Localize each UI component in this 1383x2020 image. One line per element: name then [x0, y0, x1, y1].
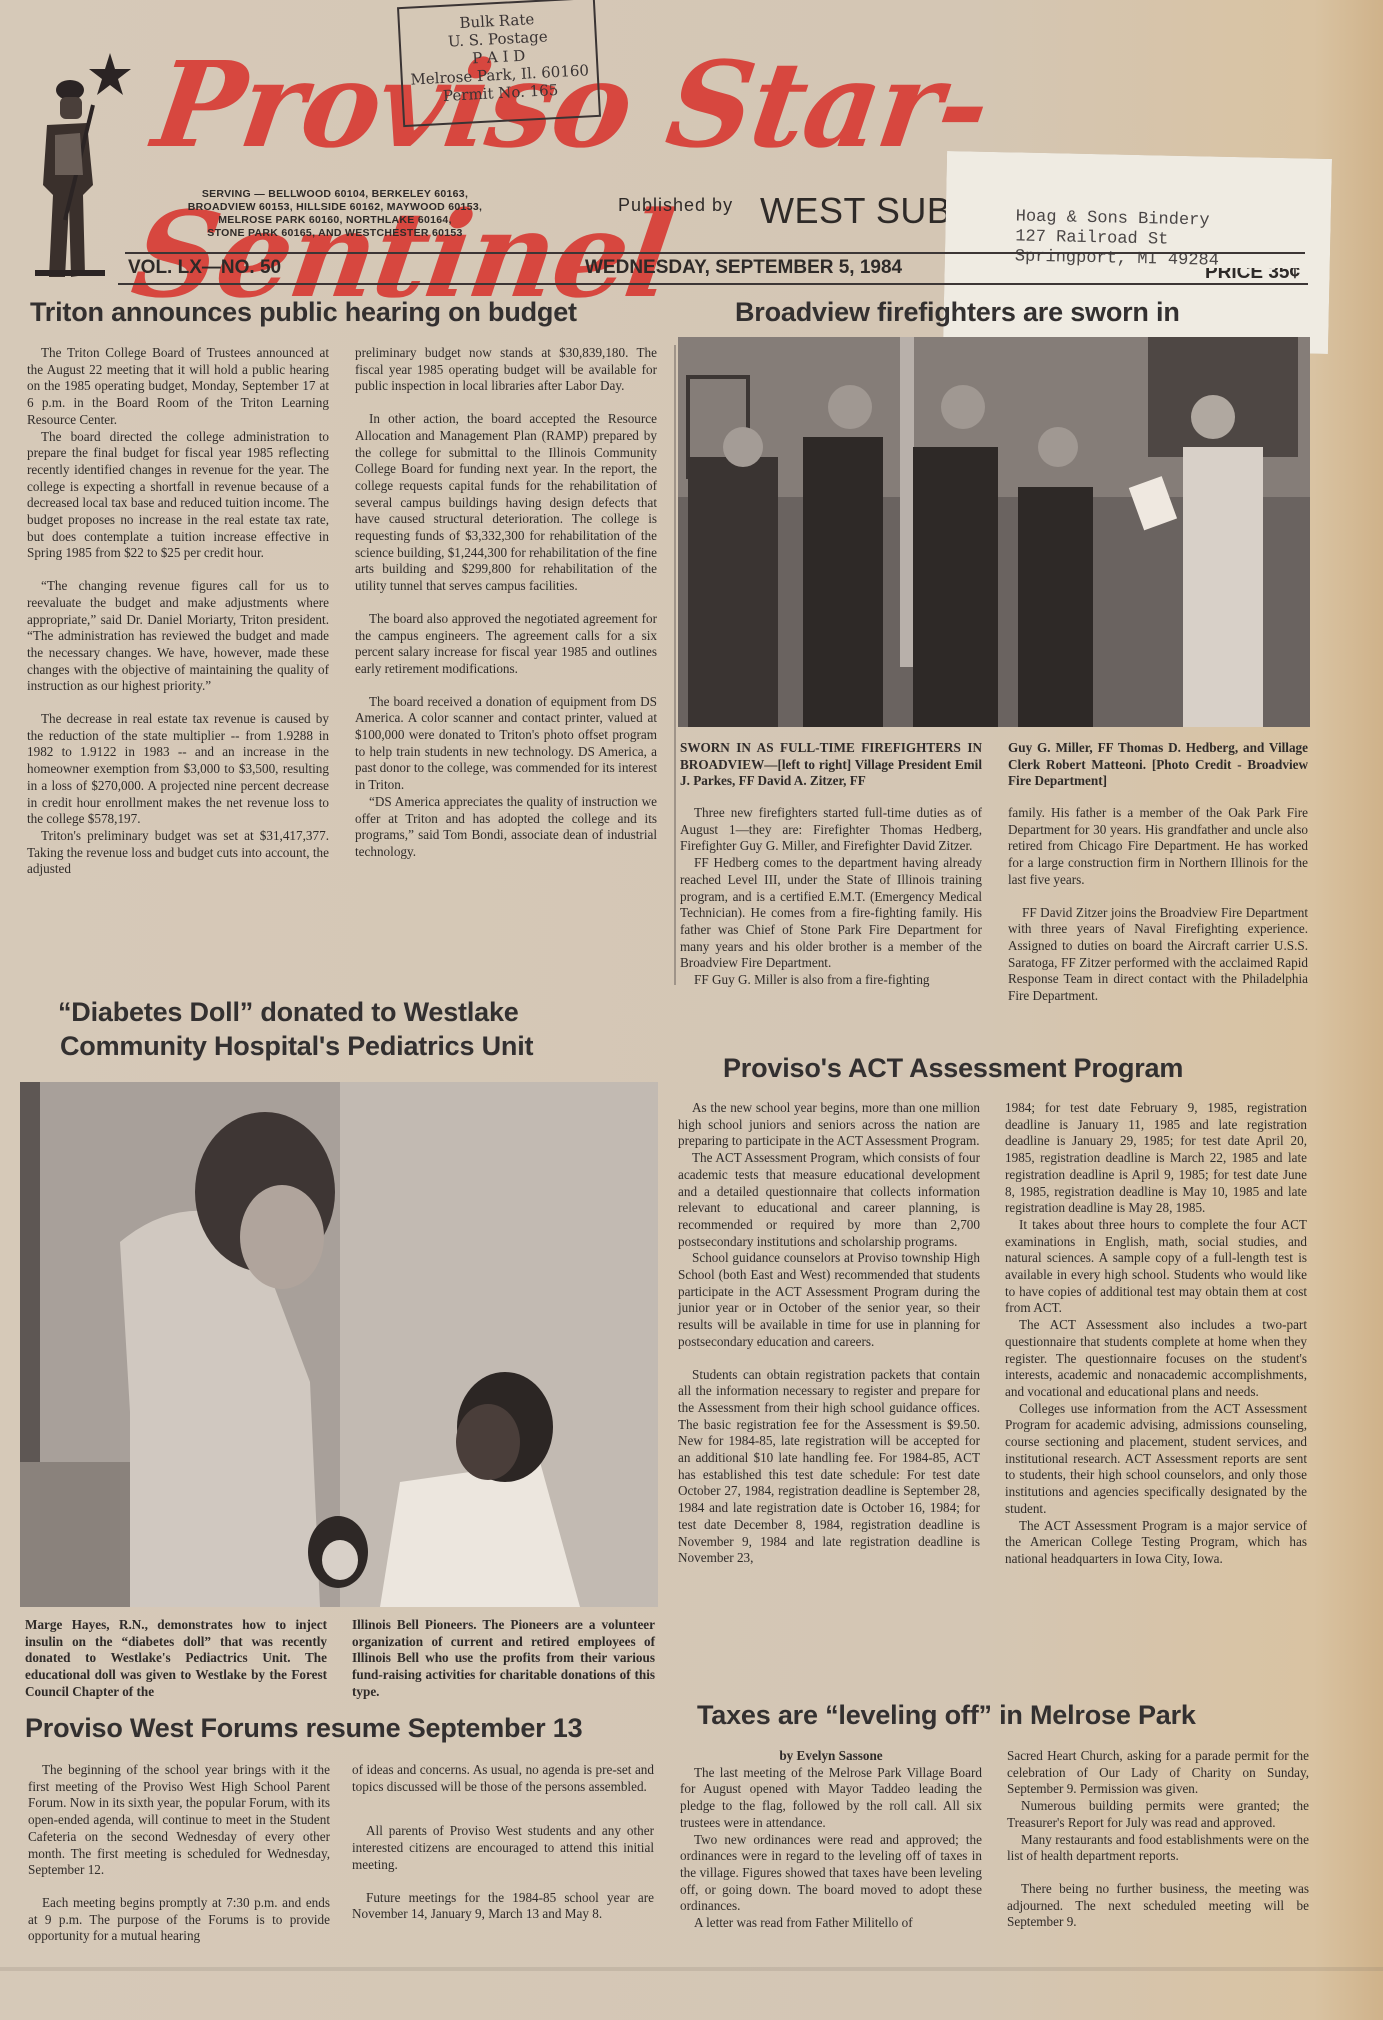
firefighters-caption-1: SWORN IN AS FULL-TIME FIREFIGHTERS IN BR…	[680, 740, 982, 790]
newspaper-page: Proviso Star-Sentinel Bulk Rate U. S. Po…	[0, 0, 1383, 2020]
taxes-column-2: Sacred Heart Church, asking for a parade…	[1007, 1748, 1309, 1931]
headline-act-assessment: Proviso's ACT Assessment Program	[723, 1053, 1183, 1084]
column-divider	[674, 345, 676, 985]
headline-firefighters: Broadview firefighters are sworn in	[735, 297, 1180, 328]
minuteman-star-logo-icon	[25, 45, 135, 285]
firefighters-column-1: Three new firefighters started full-time…	[680, 805, 982, 989]
act-column-2: 1984; for test date February 9, 1985, re…	[1005, 1100, 1307, 1568]
headline-diabetes-doll: “Diabetes Doll” donated to Westlake Comm…	[58, 995, 533, 1063]
serving-area-list: SERVING — BELLWOOD 60104, BERKELEY 60163…	[155, 188, 515, 240]
firefighters-column-2: family. His father is a member of the Oa…	[1008, 805, 1308, 1005]
nurse-photo-illustration-icon	[20, 1082, 658, 1607]
photo-nurse-and-child-with-doll	[20, 1082, 658, 1607]
issue-date: WEDNESDAY, SEPTEMBER 5, 1984	[585, 257, 902, 279]
publisher-name: WEST SUB	[760, 190, 951, 232]
photo-firefighters-swearing-in	[678, 337, 1310, 727]
volume-number: VOL. LX—NO. 50	[128, 257, 281, 279]
taxes-column-1: by Evelyn Sassone The last meeting of th…	[680, 1748, 982, 1932]
firefighters-caption-2: Guy G. Miller, FF Thomas D. Hedberg, and…	[1008, 740, 1308, 790]
masthead-rule-top	[125, 252, 1305, 254]
masthead-rule-bottom	[118, 283, 1308, 285]
forums-column-2: of ideas and concerns. As usual, no agen…	[352, 1762, 654, 1923]
published-by-label: Published by	[618, 195, 733, 216]
headline-taxes-melrose-park: Taxes are “leveling off” in Melrose Park	[697, 1700, 1196, 1731]
page-fold-line	[0, 1967, 1383, 1971]
triton-column-1: The Triton College Board of Trustees ann…	[27, 345, 329, 878]
postage-stamp: Bulk Rate U. S. Postage P A I D Melrose …	[397, 0, 601, 127]
triton-column-2: preliminary budget now stands at $30,839…	[355, 345, 657, 861]
headline-proviso-west-forums: Proviso West Forums resume September 13	[25, 1713, 582, 1744]
firefighters-photo-illustration-icon	[678, 337, 1310, 727]
byline: by Evelyn Sassone	[680, 1748, 982, 1765]
act-column-1: As the new school year begins, more than…	[678, 1100, 980, 1567]
diabetes-caption-1: Marge Hayes, R.N., demonstrates how to i…	[25, 1617, 327, 1701]
headline-triton: Triton announces public hearing on budge…	[30, 297, 577, 328]
diabetes-caption-2: Illinois Bell Pioneers. The Pioneers are…	[352, 1617, 655, 1701]
forums-column-1: The beginning of the school year brings …	[28, 1762, 330, 1945]
